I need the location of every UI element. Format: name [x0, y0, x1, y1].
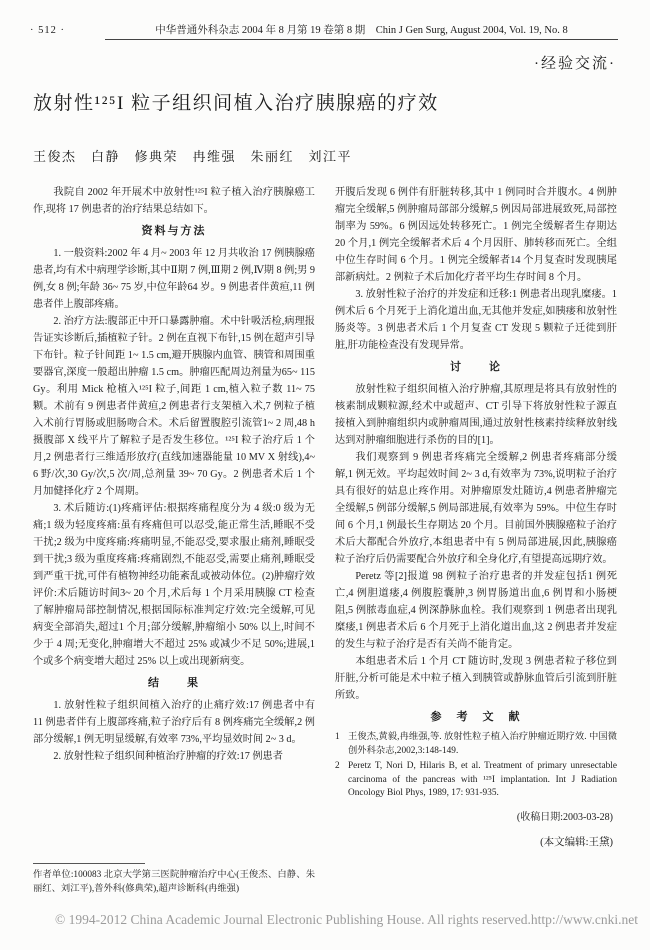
cnki-url: http://www.cnki.net [531, 912, 638, 928]
journal-page: · 512 · 中华普通外科杂志 2004 年 8 月第 19 卷第 8 期 C… [0, 0, 650, 950]
paragraph-results-3: 3. 放射性粒子治疗的并发症和迁移:1 例患者出现乳糜瘘。1 例术后 6 个月死… [335, 286, 617, 354]
section-heading-references: 参 考 文 献 [335, 709, 617, 726]
author-affiliation-footnote: 作者单位:100083 北京大学第三医院肿瘤治疗中心(王俊杰、白静、朱丽红、刘江… [33, 863, 315, 896]
footnote-rule [33, 863, 145, 864]
copyright-text: © 1994-2012 China Academic Journal Elect… [55, 912, 531, 928]
paragraph-methods-3: 3. 术后随访:(1)疼痛评估:根据疼痛程度分为 4 级:0 级为无痛;1 级为… [33, 500, 315, 670]
reference-item: 1 王俊杰,黄毅,冉维强,等. 放射性粒子植入治疗肿瘤近期疗效. 中国微创外科杂… [335, 731, 617, 758]
editor-line: (本文编辑:王黛) [335, 834, 617, 851]
paragraph-methods-2: 2. 治疗方法:腹部正中开口暴露肿瘤。术中针吸活检,病理报告证实诊断后,插植粒子… [33, 313, 315, 500]
paragraph-discussion-1: 放射性粒子组织间植入治疗肿瘤,其原理是将具有放射性的核素制成颗粒源,经术中或超声… [335, 381, 617, 449]
paragraph-discussion-2: 我们观察到 9 例患者疼痛完全缓解,2 例患者疼痛部分缓解,1 例无效。平均起效… [335, 449, 617, 568]
right-column: 开腹后发现 6 例伴有肝脏转移,其中 1 例同时合并腹水。4 例肿瘤完全缓解,5… [335, 184, 617, 896]
cnki-watermark: © 1994-2012 China Academic Journal Elect… [55, 912, 620, 928]
reference-item: 2 Peretz T, Nori D, Hilaris B, et al. Tr… [335, 760, 617, 801]
paragraph-results-2-right: 开腹后发现 6 例伴有肝脏转移,其中 1 例同时合并腹水。4 例肿瘤完全缓解,5… [335, 184, 617, 286]
received-date: (收稿日期:2003-03-28) [335, 809, 617, 826]
section-heading-discussion: 讨 论 [335, 359, 617, 376]
paragraph-discussion-4: 本组患者术后 1 个月 CT 随访时,发现 3 例患者粒子移位到肝脏,分析可能是… [335, 653, 617, 704]
reference-text: Peretz T, Nori D, Hilaris B, et al. Trea… [348, 760, 617, 801]
left-column: 我院自 2002 年开展术中放射性¹²⁵I 粒子植入治疗胰腺癌工作,现将 17 … [33, 184, 315, 896]
column-tag: ·经验交流· [534, 52, 616, 73]
reference-list: 1 王俊杰,黄毅,冉维强,等. 放射性粒子植入治疗肿瘤近期疗效. 中国微创外科杂… [335, 731, 617, 803]
page-number: · 512 · [30, 25, 65, 36]
reference-text: 王俊杰,黄毅,冉维强,等. 放射性粒子植入治疗肿瘤近期疗效. 中国微创外科杂志,… [348, 731, 617, 758]
reference-number: 2 [335, 760, 348, 801]
footnote-text: 作者单位:100083 北京大学第三医院肿瘤治疗中心(王俊杰、白静、朱丽红、刘江… [33, 868, 315, 896]
section-heading-results: 结 果 [33, 675, 315, 692]
column-spacer [33, 765, 315, 863]
paragraph-discussion-3: Peretz 等[2]报道 98 例粒子治疗患者的并发症包括1 例死亡,4 例胆… [335, 568, 617, 653]
author-list: 王俊杰 白静 修典荣 冉维强 朱丽红 刘江平 [33, 146, 352, 165]
article-body: 我院自 2002 年开展术中放射性¹²⁵I 粒子植入治疗胰腺癌工作,现将 17 … [33, 184, 617, 896]
paragraph-results-2-left: 2. 放射性粒子组织间种植治疗肿瘤的疗效:17 例患者 [33, 748, 315, 765]
paragraph-methods-1: 1. 一般资料:2002 年 4 月~ 2003 年 12 月共收治 17 例胰… [33, 245, 315, 313]
reference-number: 1 [335, 731, 348, 758]
paragraph-results-1: 1. 放射性粒子组织间植入治疗的止痛疗效:17 例患者中有 11 例患者伴有上腹… [33, 697, 315, 748]
section-heading-methods: 资料与方法 [33, 223, 315, 240]
page-header: · 512 · 中华普通外科杂志 2004 年 8 月第 19 卷第 8 期 C… [30, 22, 618, 40]
journal-citation-line: 中华普通外科杂志 2004 年 8 月第 19 卷第 8 期 Chin J Ge… [105, 22, 618, 40]
article-title: 放射性¹²⁵I 粒子组织间植入治疗胰腺癌的疗效 [33, 88, 439, 115]
paragraph-intro: 我院自 2002 年开展术中放射性¹²⁵I 粒子植入治疗胰腺癌工作,现将 17 … [33, 184, 315, 218]
